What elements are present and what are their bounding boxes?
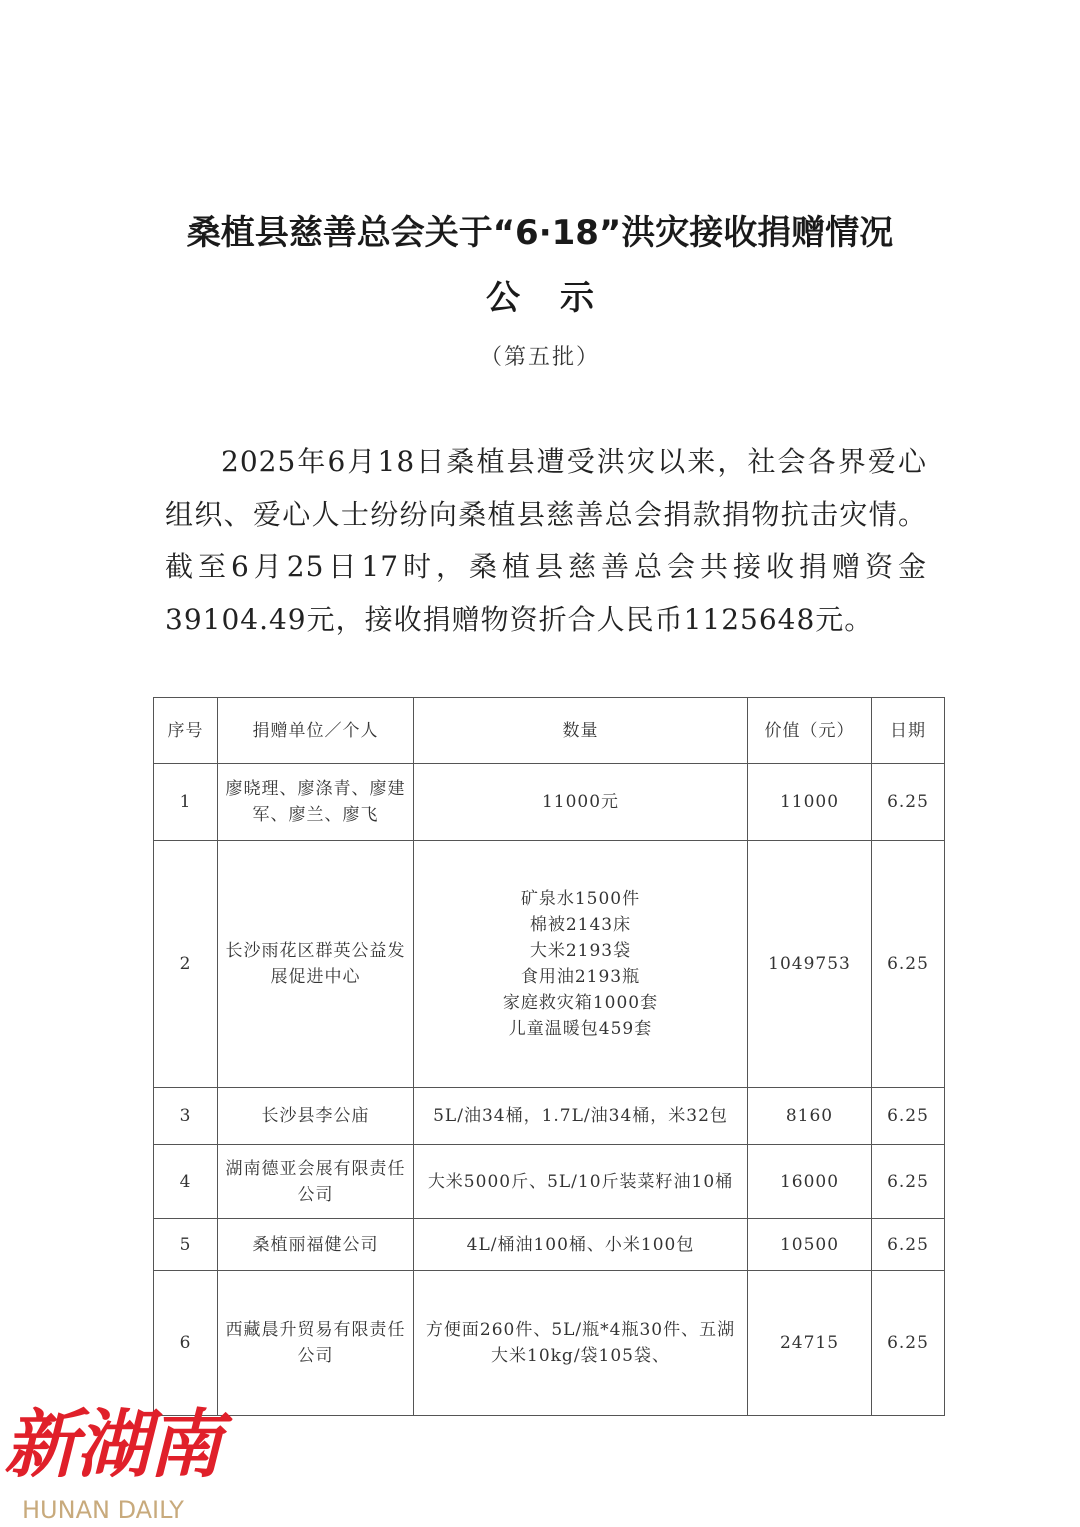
cell-donor: 西藏晨升贸易有限责任公司 <box>218 1271 414 1416</box>
logo-english-name: HUNAN DAILY <box>22 1496 184 1524</box>
item-line: 食用油2193瓶 <box>420 964 741 990</box>
cell-no: 3 <box>154 1088 218 1145</box>
header-date: 日期 <box>872 698 945 764</box>
table-row: 1 廖晓理、廖涤青、廖建军、廖兰、廖飞 11000元 11000 6.25 <box>154 764 945 841</box>
header-value: 价值（元） <box>748 698 872 764</box>
donation-table: 序号 捐赠单位／个人 数量 价值（元） 日期 1 廖晓理、廖涤青、廖建军、廖兰、… <box>153 697 945 1416</box>
cell-no: 2 <box>154 841 218 1088</box>
item-line: 11000元 <box>420 789 741 815</box>
table-row: 6 西藏晨升贸易有限责任公司 方便面260件、5L/瓶*4瓶30件、五湖大米10… <box>154 1271 945 1416</box>
cell-items: 11000元 <box>414 764 748 841</box>
cell-items: 方便面260件、5L/瓶*4瓶30件、五湖大米10kg/袋105袋、 <box>414 1271 748 1416</box>
item-line: 方便面260件、5L/瓶*4瓶30件、五湖大米10kg/袋105袋、 <box>420 1317 741 1369</box>
cell-items: 5L/油34桶，1.7L/油34桶，米32包 <box>414 1088 748 1145</box>
table-row: 2 长沙雨花区群英公益发展促进中心 矿泉水1500件 棉被2143床 大米219… <box>154 841 945 1088</box>
header-quantity: 数量 <box>414 698 748 764</box>
cell-value: 24715 <box>748 1271 872 1416</box>
cell-date: 6.25 <box>872 764 945 841</box>
cell-date: 6.25 <box>872 1271 945 1416</box>
cell-donor: 廖晓理、廖涤青、廖建军、廖兰、廖飞 <box>218 764 414 841</box>
item-line: 儿童温暖包459套 <box>420 1016 741 1042</box>
document-title: 桑植县慈善总会关于“6·18”洪灾接收捐赠情况 <box>0 205 1080 254</box>
cell-no: 6 <box>154 1271 218 1416</box>
cell-donor: 长沙雨花区群英公益发展促进中心 <box>218 841 414 1088</box>
batch-label: （第五批） <box>0 340 1080 371</box>
cell-date: 6.25 <box>872 1088 945 1145</box>
cell-items: 4L/桶油100桶、小米100包 <box>414 1219 748 1271</box>
cell-items: 大米5000斤、5L/10斤装菜籽油10桶 <box>414 1145 748 1219</box>
logo-chinese-name: 新湖南 <box>2 1400 222 1490</box>
header-donor: 捐赠单位／个人 <box>218 698 414 764</box>
cell-no: 4 <box>154 1145 218 1219</box>
cell-items: 矿泉水1500件 棉被2143床 大米2193袋 食用油2193瓶 家庭救灾箱1… <box>414 841 748 1088</box>
cell-date: 6.25 <box>872 1145 945 1219</box>
cell-donor: 长沙县李公庙 <box>218 1088 414 1145</box>
cell-donor: 桑植丽福健公司 <box>218 1219 414 1271</box>
document-subtitle: 公示 <box>0 270 1080 319</box>
intro-paragraph: 2025年6月18日桑植县遭受洪灾以来，社会各界爱心组织、爱心人士纷纷向桑植县慈… <box>165 436 927 646</box>
cell-donor: 湖南德亚会展有限责任公司 <box>218 1145 414 1219</box>
cell-value: 11000 <box>748 764 872 841</box>
cell-value: 1049753 <box>748 841 872 1088</box>
table-row: 3 长沙县李公庙 5L/油34桶，1.7L/油34桶，米32包 8160 6.2… <box>154 1088 945 1145</box>
table-row: 5 桑植丽福健公司 4L/桶油100桶、小米100包 10500 6.25 <box>154 1219 945 1271</box>
item-line: 棉被2143床 <box>420 912 741 938</box>
cell-value: 10500 <box>748 1219 872 1271</box>
item-line: 矿泉水1500件 <box>420 886 741 912</box>
table-header-row: 序号 捐赠单位／个人 数量 价值（元） 日期 <box>154 698 945 764</box>
cell-date: 6.25 <box>872 1219 945 1271</box>
cell-no: 5 <box>154 1219 218 1271</box>
item-line: 5L/油34桶，1.7L/油34桶，米32包 <box>420 1103 741 1129</box>
cell-date: 6.25 <box>872 841 945 1088</box>
hunan-daily-logo: 新湖南 HUNAN DAILY <box>2 1400 222 1525</box>
cell-no: 1 <box>154 764 218 841</box>
item-line: 家庭救灾箱1000套 <box>420 990 741 1016</box>
item-line: 大米2193袋 <box>420 938 741 964</box>
item-line: 大米5000斤、5L/10斤装菜籽油10桶 <box>420 1169 741 1195</box>
header-no: 序号 <box>154 698 218 764</box>
cell-value: 8160 <box>748 1088 872 1145</box>
cell-value: 16000 <box>748 1145 872 1219</box>
table-row: 4 湖南德亚会展有限责任公司 大米5000斤、5L/10斤装菜籽油10桶 160… <box>154 1145 945 1219</box>
item-line: 4L/桶油100桶、小米100包 <box>420 1232 741 1258</box>
